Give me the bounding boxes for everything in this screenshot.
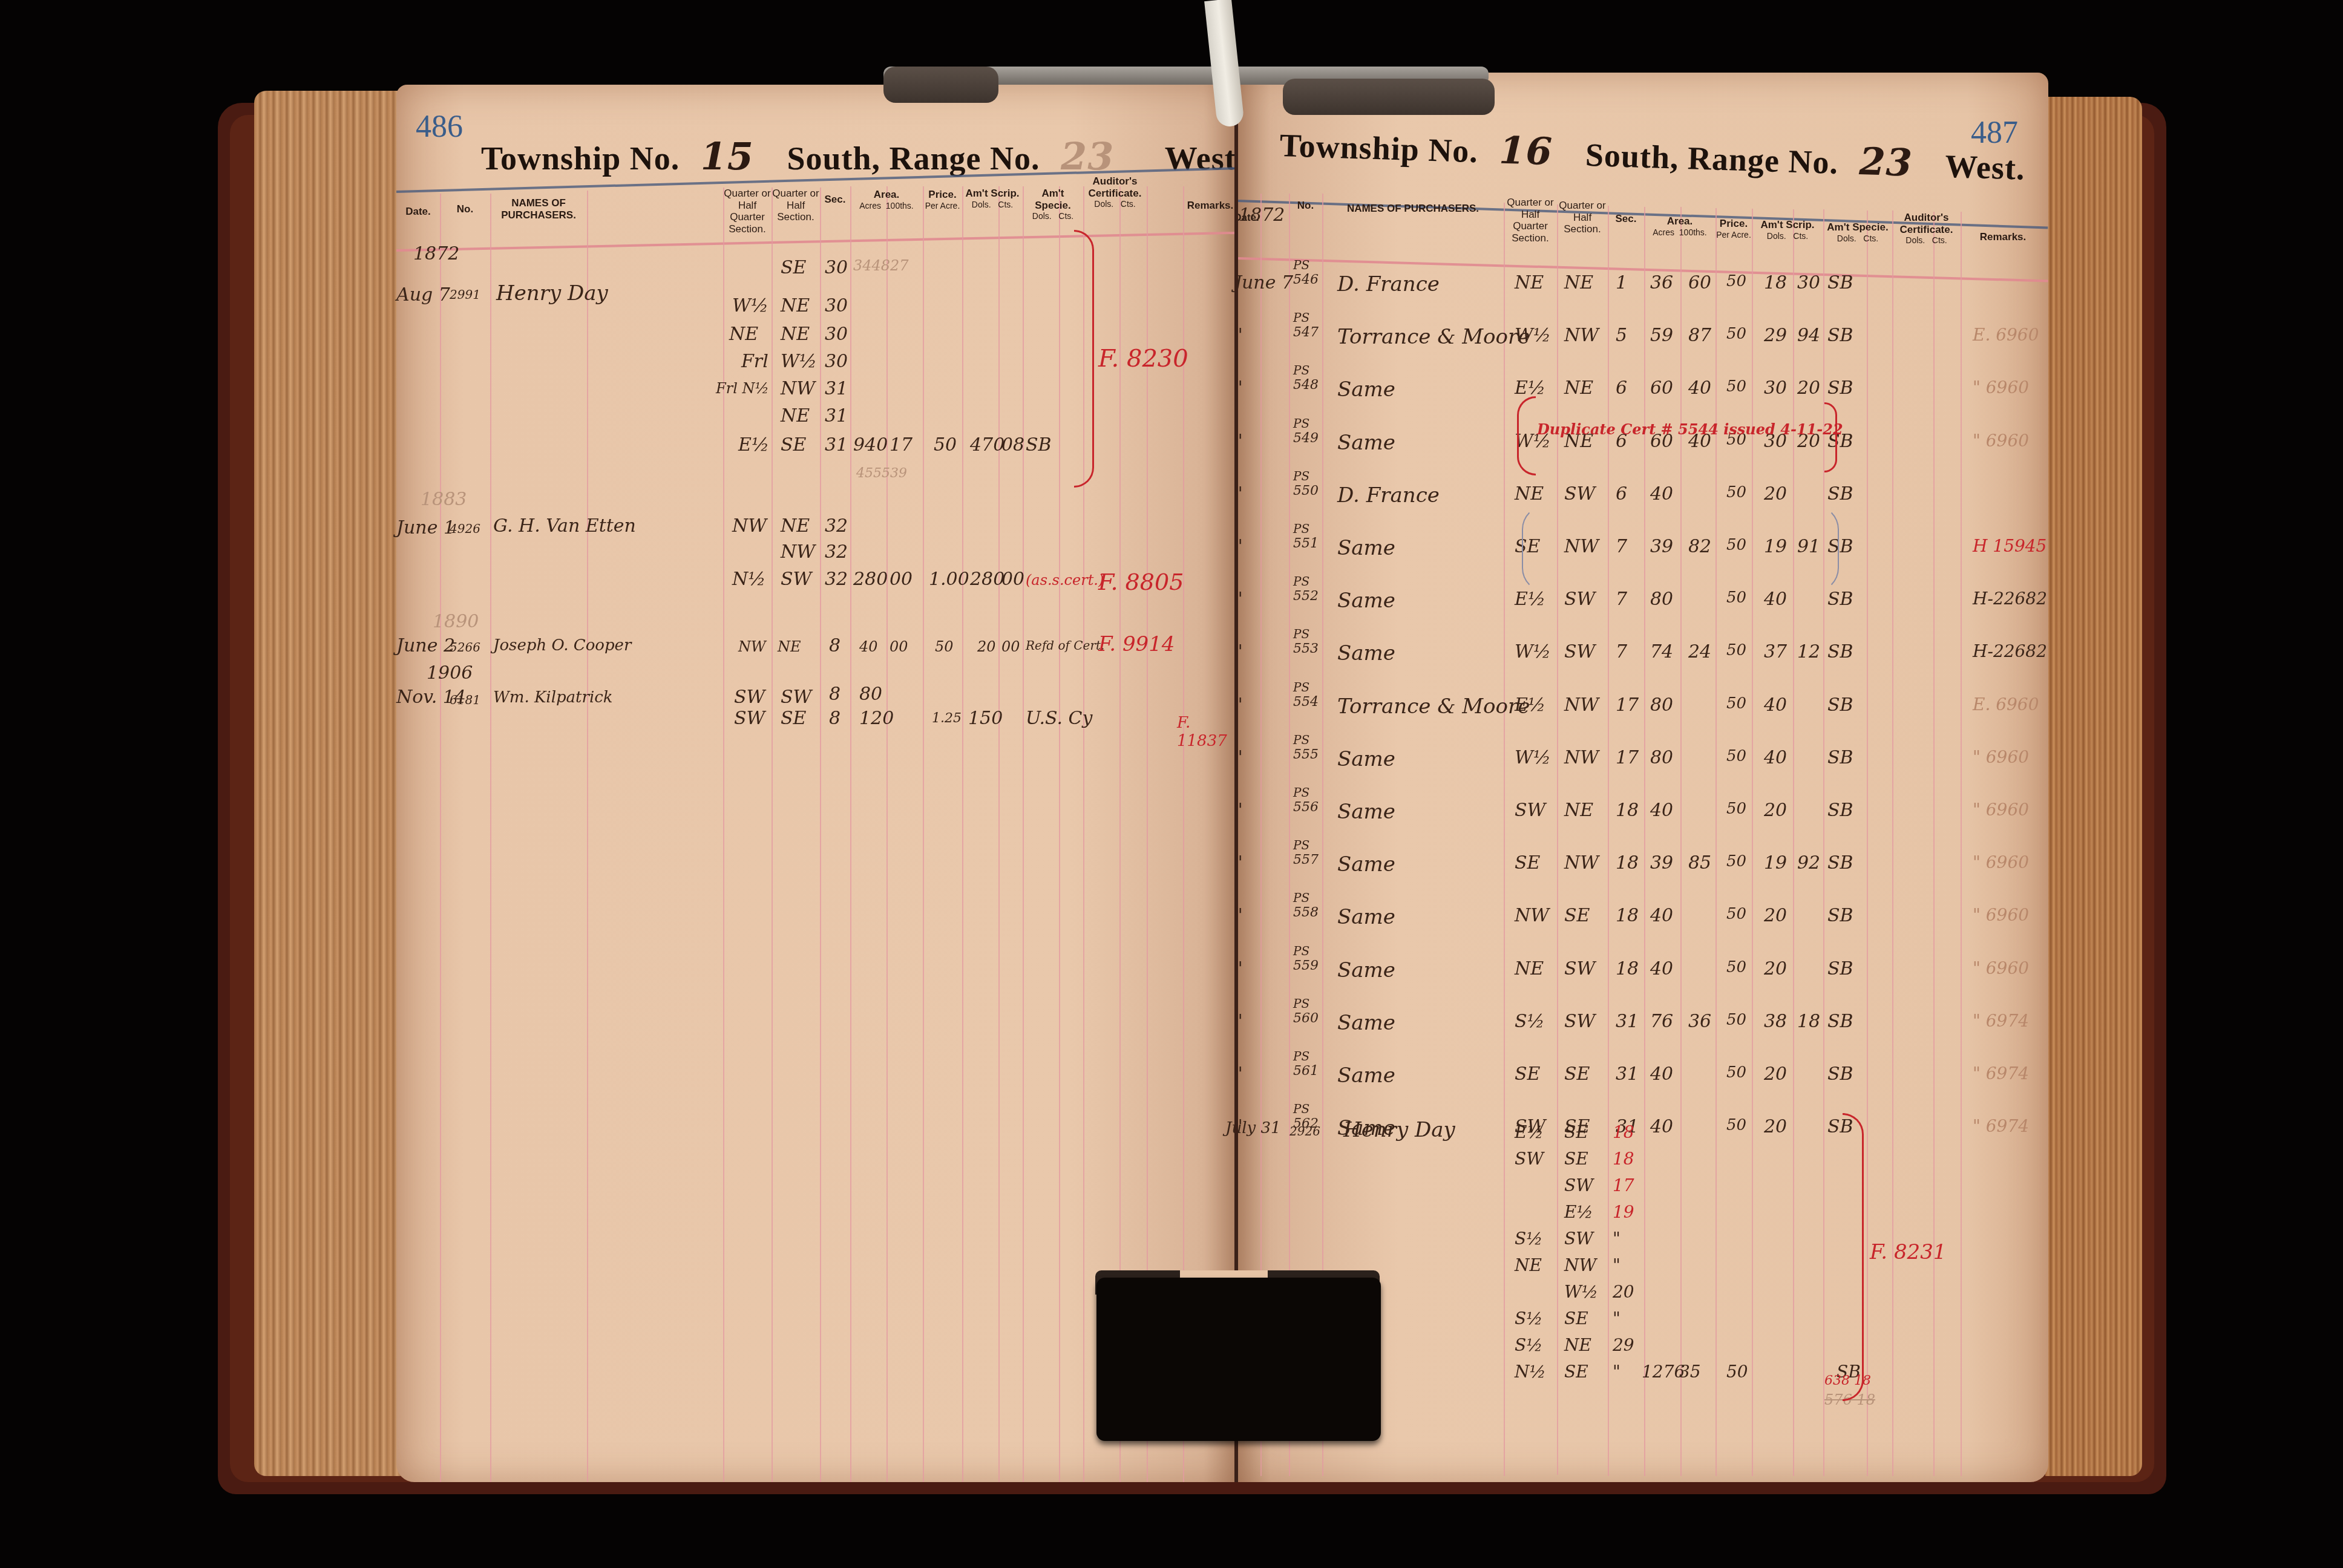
hundredths-label: 100ths. (1679, 227, 1707, 237)
remarks-cell: " 6960 (1973, 431, 2029, 451)
specie-note: (as.s.cert.) (1026, 572, 1104, 589)
col-header-no: No. (440, 203, 490, 215)
price-label: Price. (1720, 218, 1748, 229)
specie-cell: SB (1827, 800, 1853, 821)
area-cell: 40 (1650, 483, 1673, 505)
sec-cell: 7 (1616, 641, 1627, 662)
specie-cell: SB (1827, 377, 1853, 399)
qhq-cell: S½ (1515, 1011, 1545, 1032)
remarks-cell: " 6974 (1973, 1011, 2029, 1031)
hundredths-cell: 87 (1688, 325, 1711, 346)
area-cell: 76 (1650, 1011, 1673, 1032)
township-value: 15 (701, 134, 754, 178)
col-header-price: Price. Per Acre. (1715, 218, 1752, 240)
qhq-cell: NE (1515, 958, 1544, 979)
sec-cell: 17 (1613, 1175, 1634, 1195)
entry-date: July 31 (1225, 1119, 1281, 1137)
col-header-qh: Quarter or Half Section. (772, 188, 820, 223)
qhq-cell: NW (738, 638, 766, 655)
remarks-cell: " 6960 (1973, 852, 2029, 872)
column-rule (850, 186, 851, 1482)
purchaser-name: G. H. Van Etten (493, 515, 636, 537)
area-cell: 40 (1650, 958, 1673, 979)
sec-cell: 5 (1616, 325, 1627, 346)
entry-no: 6181 (450, 693, 480, 707)
qh-cell: SW (1564, 641, 1595, 662)
per-acre-label: Per Acre. (1715, 230, 1752, 240)
qhq-cell: W½ (732, 295, 768, 316)
hundredths-cell: 00 (890, 638, 908, 655)
purchaser-name: Same (1337, 905, 1395, 929)
col-header-specie: Am't Specie. Dols. Cts. (1823, 221, 1892, 243)
qhq-cell: SW (734, 708, 765, 729)
area-cell: 59 (1650, 325, 1673, 346)
purchaser-name: Same (1337, 1063, 1395, 1088)
sec-cell: 8 (829, 684, 841, 705)
qhq-cell: Frl N½ (716, 380, 769, 397)
year-label: 1872 (1239, 204, 1285, 226)
range-value: 23 (1858, 139, 1913, 185)
qhq-cell: S½ (1515, 1229, 1542, 1249)
acres-label: Acres (1653, 227, 1674, 237)
column-rule (440, 194, 441, 1482)
sec-cell: 30 (825, 351, 848, 372)
sec-cell: " (1613, 1255, 1620, 1275)
page-title: Township No. 16 South, Range No. 23 West… (1279, 121, 2026, 189)
specie-cell: SB (1827, 325, 1853, 346)
qh-cell: W½ (1564, 1282, 1598, 1302)
price-cell: 50 (1726, 958, 1746, 976)
price-cell: 50 (1726, 641, 1746, 659)
scrip-cell: 20 (1764, 800, 1787, 821)
entry-no: 4926 (450, 521, 480, 536)
specie-cell: SB (1827, 958, 1853, 979)
hundredths-cell: 00 (890, 569, 913, 590)
area-label: Area. (874, 189, 900, 200)
qh-cell: SE (1564, 1063, 1590, 1085)
qhq-cell: NE (1515, 1255, 1542, 1275)
year-label: 1883 (421, 489, 467, 510)
purchaser-name: Same (1337, 431, 1395, 455)
qh-cell: SW (1564, 1175, 1593, 1195)
sec-cell: 17 (1616, 694, 1639, 716)
qh-cell: NE (1564, 272, 1593, 293)
qhq-cell: NE (729, 324, 758, 345)
sec-cell: 32 (825, 541, 848, 563)
sec-cell: 31 (1616, 1063, 1639, 1085)
qhq-cell: S½ (1515, 1308, 1542, 1328)
qhq-cell: W½ (1515, 747, 1551, 768)
column-rule (1933, 212, 1935, 1476)
year-label: 1890 (433, 611, 479, 632)
page-number: 486 (416, 109, 463, 145)
col-header-area: Area. Acres 100ths. (1644, 215, 1715, 237)
qh-cell: NE (781, 405, 810, 426)
qhq-cell: SW (1515, 800, 1545, 821)
qh-cell: NW (1564, 747, 1599, 768)
purchaser-name: Same (1337, 852, 1395, 877)
qh-cell: NE (781, 295, 810, 316)
ps-prefix: PS (1293, 469, 1309, 483)
sec-cell: 6 (1616, 377, 1627, 399)
specie-note: U.S. Cy (1026, 708, 1093, 729)
qh-cell: SW (1564, 1229, 1593, 1249)
entry-no: 549 (1293, 431, 1319, 446)
entry-date: Aug 7 (396, 284, 450, 305)
area-cell: 280 (853, 569, 888, 590)
qhq-cell: E½ (738, 434, 769, 456)
cts-label: Cts. (1863, 234, 1878, 243)
entry-no: 560 (1293, 1011, 1319, 1026)
faint-note: 455539 (856, 466, 907, 481)
qh-cell: SW (1564, 483, 1595, 505)
entry-no: 561 (1293, 1063, 1319, 1079)
specie-cell: SB (1827, 905, 1853, 926)
entry-no: 556 (1293, 800, 1319, 815)
entry-no: 552 (1293, 589, 1319, 604)
price-label: Price. (928, 189, 956, 200)
sec-cell: " (1613, 1362, 1620, 1382)
entry-no: 558 (1293, 905, 1319, 920)
qhq-cell: W½ (1515, 641, 1551, 662)
certificate-number: F. 11837 (1177, 714, 1237, 750)
qhq-cell: NE (1515, 483, 1544, 505)
price-cell: 50 (1726, 1116, 1746, 1134)
scrip-cell: 37 (1764, 641, 1787, 662)
qh-cell: NE (1564, 1335, 1591, 1355)
ps-prefix: PS (1293, 838, 1309, 852)
area-cell: 1276 (1642, 1362, 1685, 1382)
specie-label: Am't Specie. (1035, 188, 1071, 211)
hundredths-cell: 85 (1688, 852, 1711, 874)
scrip-cell: 30 (1764, 377, 1787, 399)
column-rule (998, 186, 1000, 1482)
area-cell: 60 (1650, 377, 1673, 399)
sec-cell: 8 (829, 708, 841, 729)
sec-cell: 17 (1616, 747, 1639, 768)
specie-label: Am't Specie. (1827, 221, 1888, 233)
purchaser-name: Joseph O. Cooper (493, 636, 631, 655)
ps-prefix: PS (1293, 416, 1309, 431)
sec-cell: 30 (825, 324, 848, 345)
col-header-auditor: Auditor's Certificate. Dols. Cts. (1083, 175, 1147, 209)
scrip-cell: 20 (1764, 1116, 1787, 1137)
sec-cell: 1 (1616, 272, 1627, 293)
column-rule (1961, 212, 1962, 1476)
dols-label: Dols. (1032, 211, 1052, 221)
area-cell: 40 (1650, 1063, 1673, 1085)
col-header-sec: Sec. (1608, 213, 1644, 225)
column-rule (772, 188, 773, 1482)
remarks-cell: " 6960 (1973, 747, 2029, 767)
specie-cell: SB (1827, 1011, 1853, 1032)
per-acre-label: Per Acre. (923, 201, 962, 211)
scrip-cell: 280 (970, 569, 1004, 590)
entry-no: 546 (1293, 272, 1319, 287)
hundredths-cell: 24 (1688, 641, 1711, 662)
faint-note: 344827 (853, 257, 909, 274)
sec-cell: 31 (1616, 1011, 1639, 1032)
column-rule (1504, 203, 1505, 1476)
cts-label: Cts. (1058, 211, 1073, 221)
column-rule (1644, 207, 1645, 1476)
purchaser-name: Same (1337, 800, 1395, 824)
area-cell: 36 (1650, 272, 1673, 293)
scrip-cell: 20 (1764, 958, 1787, 979)
column-rule (1715, 208, 1717, 1476)
qh-cell: E½ (1564, 1202, 1593, 1222)
sec-cell: 31 (825, 434, 848, 456)
price-cell: 1.00 (929, 569, 969, 590)
qhq-cell: SW (734, 687, 765, 708)
area-cell: 40 (1650, 905, 1673, 926)
ps-prefix: PS (1293, 310, 1309, 325)
township-label: Township No. (481, 140, 680, 177)
sec-cell: 31 (825, 378, 848, 399)
column-rule (1608, 206, 1609, 1476)
qh-cell: SE (781, 708, 806, 729)
qhq-cell: SW (1515, 1149, 1544, 1169)
qh-cell: SE (1564, 1122, 1588, 1142)
purchaser-name: Torrance & Moore (1337, 325, 1530, 349)
purchaser-name: Same (1337, 536, 1395, 560)
specie-cell: SB (1827, 272, 1853, 293)
col-header-names: NAMES OF PURCHASERS. (1322, 203, 1504, 215)
entry-no: 550 (1293, 483, 1319, 498)
column-rule (587, 191, 588, 1482)
scrip-cell: 38 (1764, 1011, 1787, 1032)
south-range-label: South, Range No. (787, 140, 1040, 177)
col-header-specie: Am't Specie. Dols. Cts. (1023, 188, 1083, 221)
specie-note: Refd of Cert. (1026, 638, 1104, 653)
price-cell: 50 (1726, 747, 1746, 765)
specie-cell: SB (1827, 641, 1853, 662)
col-header-qhq: Quarter or Half Quarter Section. (723, 188, 772, 235)
qhq-cell: E½ (1515, 1122, 1544, 1142)
acres-label: Acres (859, 201, 881, 211)
qh-cell: NW (1564, 325, 1599, 346)
ps-prefix: PS (1293, 680, 1309, 694)
sec-cell: 8 (829, 635, 841, 656)
specie-cell: SB (1827, 852, 1853, 874)
area-cell: 40 (1650, 800, 1673, 821)
certificate-number: F. 8231 (1870, 1240, 1946, 1264)
letter-opener-left-blade (883, 67, 998, 103)
entry-no: 547 (1293, 325, 1319, 340)
sec-cell: 32 (825, 515, 848, 537)
qh-cell: NW (781, 378, 815, 399)
scrip-cts-cell: 00 (1001, 638, 1020, 655)
cts-label: Cts. (998, 200, 1013, 209)
ps-prefix: PS (1293, 733, 1309, 747)
header-bottom-rule (396, 232, 1237, 252)
price-cell: 1.25 (932, 711, 962, 726)
specie-cell: SB (1827, 483, 1853, 505)
column-rule (1823, 209, 1824, 1476)
purchaser-name: Henry Day (496, 281, 608, 305)
ps-prefix: PS (1293, 258, 1309, 272)
hundredths-label: 100ths. (886, 201, 914, 211)
sec-cell: 19 (1613, 1202, 1634, 1222)
price-cell: 50 (1726, 800, 1746, 818)
hundredths-cell: 60 (1688, 272, 1711, 293)
auditor-label: Auditor's Certificate. (1900, 212, 1953, 235)
area-cell: 74 (1650, 641, 1673, 662)
area-cell: 80 (859, 684, 882, 705)
qh-cell: SE (781, 257, 806, 278)
qhq-cell: E½ (1515, 377, 1545, 399)
entry-no: 559 (1293, 958, 1319, 973)
qh-cell: SE (781, 434, 806, 456)
entry-no: 557 (1293, 852, 1319, 867)
specie-cell: SB (1026, 434, 1052, 456)
dols-label: Dols. (1767, 231, 1786, 241)
purchaser-name: Same (1337, 589, 1395, 613)
area-label: Area. (1667, 215, 1693, 227)
ps-prefix: PS (1293, 785, 1309, 800)
price-cell: 50 (1726, 1011, 1746, 1029)
sec-cell: 18 (1616, 800, 1639, 821)
hundredths-cell: 40 (1688, 377, 1711, 399)
remarks-cell: E. 6960 (1973, 694, 2039, 714)
scrip-cell: 29 (1764, 325, 1787, 346)
cts-label: Cts. (1121, 199, 1136, 209)
purchaser-name: D. France (1337, 483, 1440, 508)
sec-cell: " (1613, 1229, 1620, 1249)
entry-no: 2991 (450, 287, 480, 302)
qh-cell: NE (1564, 800, 1593, 821)
qh-cell: NW (1564, 1255, 1596, 1275)
hundredths-cell: 17 (890, 434, 913, 456)
scrip-cell: 40 (1764, 747, 1787, 768)
qhq-cell: E½ (1515, 694, 1545, 716)
entry-no: 5266 (450, 640, 480, 655)
area-cell: 940 (853, 434, 888, 456)
scrip-cell: 470 (970, 434, 1004, 456)
column-rule (820, 188, 821, 1482)
entry-no: 2926 (1289, 1124, 1320, 1138)
dols-label: Dols. (1906, 235, 1925, 245)
ps-prefix: PS (1293, 574, 1309, 589)
price-cell: 50 (1726, 325, 1746, 343)
col-header-names: NAMES OF PURCHASERS. (490, 197, 587, 221)
west-label: West. (1165, 140, 1245, 177)
purchaser-name: Same (1337, 747, 1395, 771)
purchaser-name: Same (1337, 958, 1395, 982)
price-cell: 50 (1726, 377, 1746, 396)
qhq-cell: Frl (741, 351, 768, 372)
column-rule (886, 186, 888, 1482)
sec-cell: 18 (1616, 958, 1639, 979)
remarks-cell: " 6960 (1973, 958, 2029, 978)
price-cell: 50 (1726, 694, 1746, 713)
price-cell: 50 (1726, 1362, 1748, 1382)
remarks-cell: " 6960 (1973, 377, 2029, 397)
purchaser-name: Wm. Kilpatrick (493, 688, 613, 707)
sec-cell: 18 (1613, 1149, 1634, 1169)
scrip-cell: 20 (1764, 1063, 1787, 1085)
qhq-cell: NW (732, 515, 767, 537)
col-header-no: No. (1289, 200, 1322, 212)
area-cell: 39 (1650, 852, 1673, 874)
area-cell: 80 (1650, 694, 1673, 716)
specie-cell: SB (1827, 747, 1853, 768)
dols-label: Dols. (972, 200, 991, 209)
scrip-cell: 150 (968, 708, 1003, 729)
right-page-stack (2045, 97, 2142, 1476)
purchaser-name: Same (1337, 1011, 1395, 1035)
col-header-auditor: Auditor's Certificate. Dols. Cts. (1892, 212, 1961, 245)
column-rule (1680, 207, 1682, 1476)
red-brace (1074, 230, 1094, 488)
ps-prefix: PS (1293, 890, 1309, 905)
column-rule (1023, 186, 1024, 1482)
sec-cell: " (1613, 1308, 1620, 1328)
price-cell: 50 (1726, 1063, 1746, 1082)
purchaser-name: Same (1337, 377, 1395, 402)
area-cell: 40 (1650, 1116, 1673, 1137)
qhq-cell: NE (1515, 272, 1544, 293)
qh-cell: W½ (781, 351, 817, 372)
qh-cell: NE (1564, 377, 1593, 399)
township-value: 16 (1498, 128, 1553, 174)
purchaser-name: Same (1337, 641, 1395, 665)
scrip-cell: 20 (977, 638, 996, 655)
ps-prefix: PS (1293, 944, 1309, 958)
ps-prefix: PS (1293, 996, 1309, 1011)
entry-date: June 1 (396, 517, 455, 538)
ps-prefix: PS (1293, 627, 1309, 641)
sec-cell: 30 (825, 257, 848, 278)
auditor-label: Auditor's Certificate. (1089, 175, 1142, 199)
scrip-cts-cell: 30 (1797, 272, 1820, 293)
sec-cell: 32 (825, 569, 848, 590)
scrip-cts-cell: 18 (1797, 1011, 1820, 1032)
area-cell: 120 (859, 708, 894, 729)
scrip-cell: 20 (1764, 483, 1787, 505)
qh-cell: NW (1564, 852, 1599, 874)
left-page-stack (254, 91, 405, 1476)
col-header-remarks: Remarks. (1961, 231, 2045, 243)
qhq-cell: SE (1515, 1063, 1540, 1085)
remarks-cell: " 6960 (1973, 905, 2029, 925)
qhq-cell: SE (1515, 852, 1540, 874)
col-header-qh: Quarter or Half Section. (1557, 200, 1608, 235)
remarks-cell: " 6974 (1973, 1063, 2029, 1083)
dols-label: Dols. (1094, 199, 1113, 209)
entry-no: 554 (1293, 694, 1319, 710)
col-header-scrip: Am't Scrip. Dols. Cts. (1752, 219, 1823, 241)
specie-cell: SB (1827, 694, 1853, 716)
entry-no: 555 (1293, 747, 1319, 762)
col-header-sec: Sec. (820, 194, 850, 206)
specie-cell: SB (1827, 589, 1853, 610)
township-label: Township No. (1279, 127, 1479, 169)
remarks-cell: H-22682 (1973, 641, 2047, 661)
scrip-cell: 40 (1764, 694, 1787, 716)
purchaser-name: D. France (1337, 272, 1440, 296)
ps-prefix: PS (1293, 363, 1309, 377)
red-brace (1843, 1113, 1864, 1401)
sec-cell: 29 (1613, 1335, 1634, 1355)
qhq-cell: W½ (1515, 325, 1551, 346)
entry-date: June 2 (396, 635, 455, 656)
gray-brace (1522, 505, 1839, 592)
qh-cell: SE (1564, 905, 1590, 926)
sec-cell: 18 (1616, 905, 1639, 926)
column-rule (962, 186, 963, 1482)
col-header-scrip: Am't Scrip. Dols. Cts. (962, 188, 1023, 209)
